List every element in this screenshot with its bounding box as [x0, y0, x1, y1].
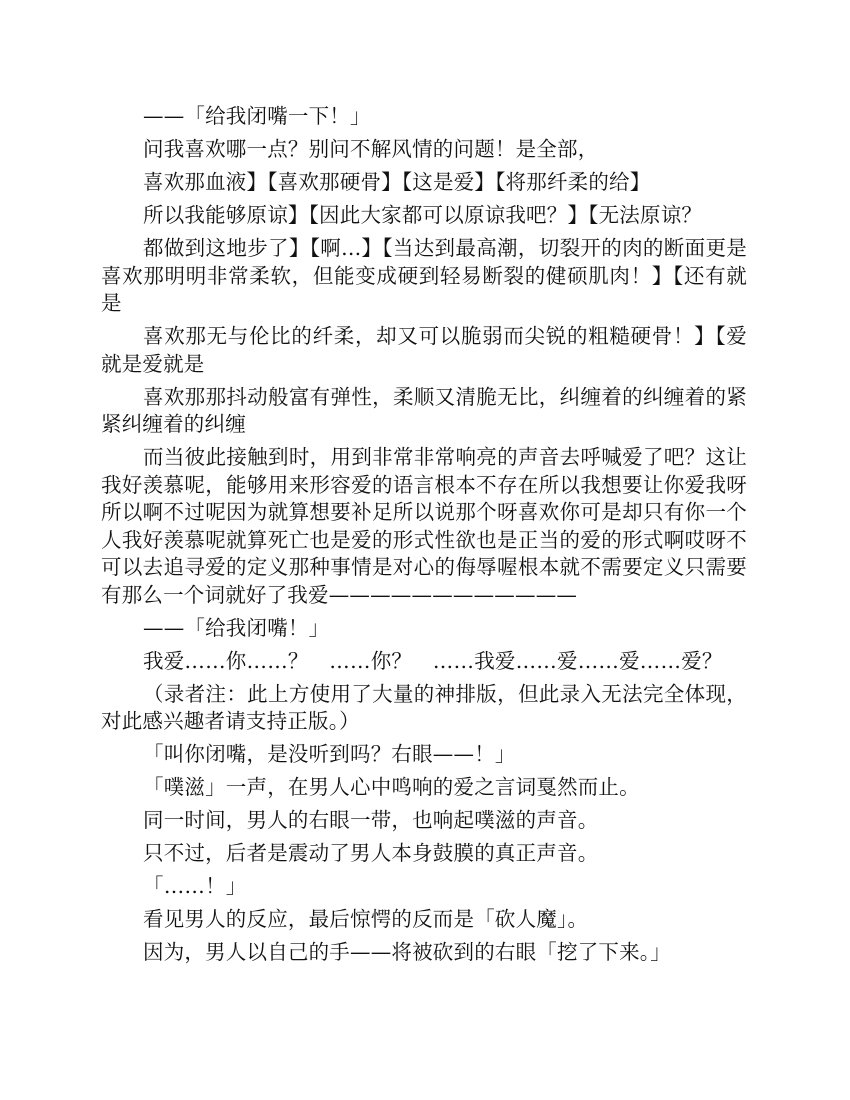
paragraph-dialogue-shut-up-2: ——「给我闭嘴！」 [101, 615, 747, 643]
paragraph-entangled: 喜欢那那抖动般富有弹性，柔顺又清脆无比，纠缠着的纠缠着的紧紧纠缠着的纠缠 [101, 384, 747, 439]
paragraph-real-sound: 只不过，后者是震动了男人本身鼓膜的真正声音。 [101, 840, 747, 868]
paragraph-words-stop: 「噗滋」一声，在男人心中鸣响的爱之言词戛然而止。 [101, 774, 747, 802]
paragraph-dialogue-shut-up-1: ——「给我闭嘴一下！」 [101, 103, 747, 131]
paragraph-ask-what-i-like: 问我喜欢哪一点？别问不解风情的问题！是全部， [101, 136, 747, 164]
paragraph-can-forgive: 所以我能够原谅】【因此大家都可以原谅我吧？】【无法原谅？ [101, 202, 747, 230]
paragraph-exclamation: 「……！」 [101, 873, 747, 901]
document-page: ——「给我闭嘴一下！」 问我喜欢哪一点？别问不解风情的问题！是全部， 喜欢那血液… [101, 103, 747, 972]
paragraph-like-blood: 喜欢那血液】【喜欢那硬骨】【这是爱】【将那纤柔的给】 [101, 169, 747, 197]
paragraph-slasher-surprised: 看见男人的反应，最后惊愕的反而是「砍人魔」。 [101, 906, 747, 934]
paragraph-climax-flesh: 都做到这地步了】【啊...】【当达到最高潮，切裂开的肉的断面更是喜欢那明明非常柔… [101, 235, 747, 318]
paragraph-transcriber-note: （录者注：此上方使用了大量的神排版，但此录入无法完全体现，对此感兴趣者请支持正版… [101, 681, 747, 736]
paragraph-love-monologue: 而当彼此接触到时，用到非常非常响亮的声音去呼喊爱了吧？这让我好羡慕呢，能够用来形… [101, 444, 747, 609]
paragraph-right-eye-shout: 「叫你闭嘴，是没听到吗？右眼——！」 [101, 741, 747, 769]
paragraph-right-eye-sound: 同一时间，男人的右眼一带，也响起噗滋的声音。 [101, 807, 747, 835]
paragraph-gouged-eye: 因为，男人以自己的手——将被砍到的右眼「挖了下来。」 [101, 939, 747, 967]
paragraph-fragile-bone: 喜欢那无与伦比的纤柔，却又可以脆弱而尖锐的粗糙硬骨！】【爱就是爱就是 [101, 323, 747, 378]
paragraph-i-love-you: 我爱……你……？ ……你？ ……我爱……爱……爱……爱？ [101, 648, 747, 676]
